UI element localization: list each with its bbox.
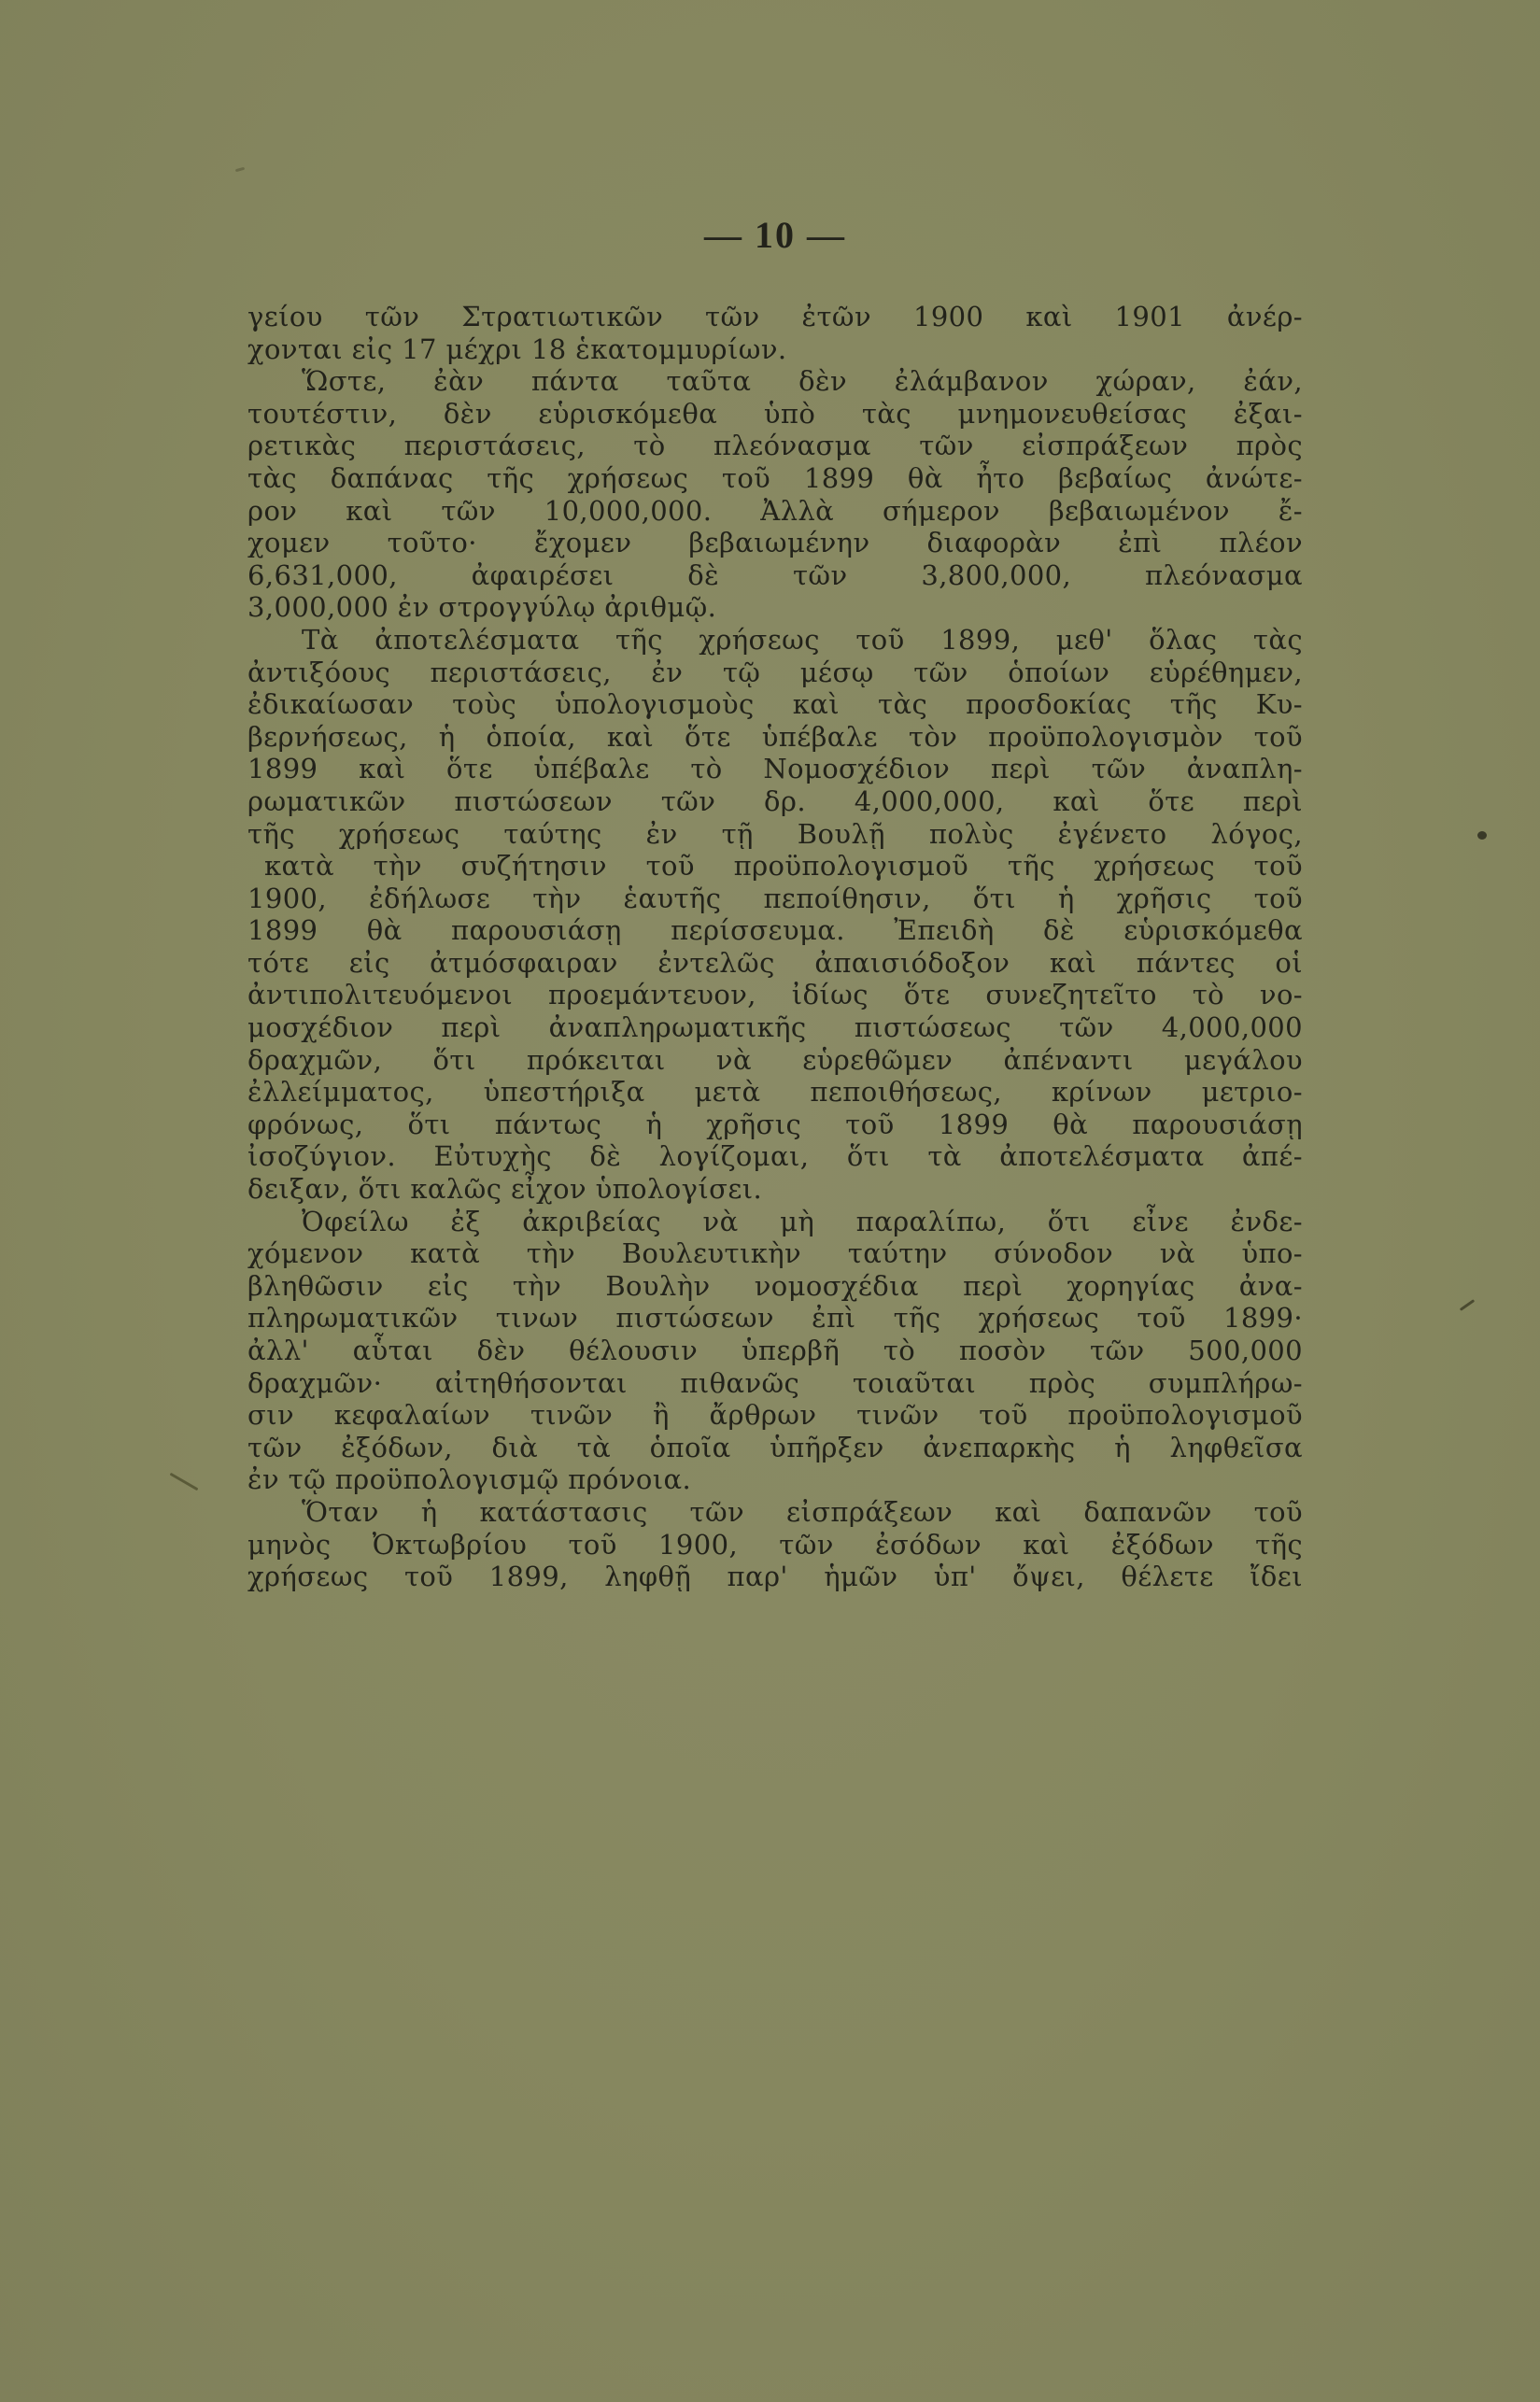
text-line: χονται εἰς 17 μέχρι 18 ἑκατομμυρίων.: [247, 333, 1303, 366]
text-line: μηνὸς Ὀκτωβρίου τοῦ 1900, τῶν ἐσόδων καὶ…: [247, 1529, 1303, 1561]
text-line: Ὀφείλω ἐξ ἀκριβείας νὰ μὴ παραλίπω, ὅτι …: [247, 1206, 1303, 1238]
text-line: πληρωματικῶν τινων πιστώσεων ἐπὶ τῆς χρή…: [247, 1302, 1303, 1335]
text-line: φρόνως, ὅτι πάντως ἡ χρῆσις τοῦ 1899 θὰ …: [247, 1109, 1303, 1141]
text-line: ρωματικῶν πιστώσεων τῶν δρ. 4,000,000, κ…: [247, 785, 1303, 818]
text-line: ἀντιξόους περιστάσεις, ἐν τῷ μέσῳ τῶν ὁπ…: [247, 657, 1303, 689]
paper-mark: [1460, 1299, 1475, 1311]
text-line: τὰς δαπάνας τῆς χρήσεως τοῦ 1899 θὰ ἦτο …: [247, 462, 1303, 495]
body-text: γείου τῶν Στρατιωτικῶν τῶν ἐτῶν 1900 καὶ…: [247, 301, 1303, 1593]
text-line: Τὰ ἀποτελέσματα τῆς χρήσεως τοῦ 1899, με…: [247, 624, 1303, 657]
text-line: βληθῶσιν εἰς τὴν Βουλὴν νομοσχέδια περὶ …: [247, 1270, 1303, 1303]
text-line: τῆς χρήσεως ταύτης ἐν τῇ Βουλῇ πολὺς ἐγέ…: [247, 818, 1303, 851]
paper-mark: [170, 1473, 199, 1491]
page-number: — 10 —: [247, 213, 1303, 257]
text-line: χόμενον κατὰ τὴν Βουλευτικὴν ταύτην σύνο…: [247, 1237, 1303, 1270]
text-line: σιν κεφαλαίων τινῶν ἢ ἄρθρων τινῶν τοῦ π…: [247, 1399, 1303, 1432]
text-line: 1899 καὶ ὅτε ὑπέβαλε τὸ Νομοσχέδιον περὶ…: [247, 753, 1303, 785]
text-line: 1900, ἐδήλωσε τὴν ἑαυτῆς πεποίθησιν, ὅτι…: [247, 883, 1303, 915]
text-line: 3,000,000 ἐν στρογγύλῳ ἀριθμῷ.: [247, 591, 1303, 624]
text-line: κατὰ τὴν συζήτησιν τοῦ προϋπολογισμοῦ τῆ…: [247, 850, 1303, 883]
text-line: 6,631,000, ἀφαιρέσει δὲ τῶν 3,800,000, π…: [247, 559, 1303, 592]
text-line: τότε εἰς ἀτμόσφαιραν ἐντελῶς ἀπαισιόδοξο…: [247, 947, 1303, 980]
text-line: ρετικὰς περιστάσεις, τὸ πλεόνασμα τῶν εἰ…: [247, 430, 1303, 462]
text-line: 1899 θὰ παρουσιάσῃ περίσσευμα. Ἐπειδὴ δὲ…: [247, 914, 1303, 947]
text-line: ἐδικαίωσαν τοὺς ὑπολογισμοὺς καὶ τὰς προ…: [247, 688, 1303, 721]
text-line: τουτέστιν, δὲν εὑρισκόμεθα ὑπὸ τὰς μνημο…: [247, 398, 1303, 431]
paper-speck: [1477, 831, 1487, 840]
text-line: Ὅταν ἡ κατάστασις τῶν εἰσπράξεων καὶ δαπ…: [247, 1496, 1303, 1529]
paper-mark: [235, 167, 245, 172]
text-line: μοσχέδιον περὶ ἀναπληρωματικῆς πιστώσεως…: [247, 1011, 1303, 1044]
text-line: γείου τῶν Στρατιωτικῶν τῶν ἐτῶν 1900 καὶ…: [247, 301, 1303, 333]
text-line: ἀλλ' αὗται δὲν θέλουσιν ὑπερβῆ τὸ ποσὸν …: [247, 1335, 1303, 1367]
text-line: ἰσοζύγιον. Εὐτυχὴς δὲ λογίζομαι, ὅτι τὰ …: [247, 1140, 1303, 1173]
text-line: ἐλλείμματος, ὑπεστήριξα μετὰ πεποιθήσεως…: [247, 1076, 1303, 1109]
text-line: ἐν τῷ προϋπολογισμῷ πρόνοια.: [247, 1463, 1303, 1496]
text-line: τῶν ἐξόδων, διὰ τὰ ὁποῖα ὑπῆρξεν ἀνεπαρκ…: [247, 1432, 1303, 1464]
text-line: χρήσεως τοῦ 1899, ληφθῇ παρ' ἡμῶν ὑπ' ὄψ…: [247, 1561, 1303, 1593]
text-line: δραχμῶν· αἰτηθήσονται πιθανῶς τοιαῦται π…: [247, 1367, 1303, 1400]
text-line: ρον καὶ τῶν 10,000,000. Ἀλλὰ σήμερον βεβ…: [247, 495, 1303, 528]
text-line: δειξαν, ὅτι καλῶς εἶχον ὑπολογίσει.: [247, 1173, 1303, 1206]
text-line: βερνήσεως, ἡ ὁποία, καὶ ὅτε ὑπέβαλε τὸν …: [247, 721, 1303, 754]
text-line: ἀντιπολιτευόμενοι προεμάντευον, ἰδίως ὅτ…: [247, 979, 1303, 1011]
text-line: χομεν τοῦτο· ἔχομεν βεβαιωμένην διαφορὰν…: [247, 527, 1303, 559]
text-line: δραχμῶν, ὅτι πρόκειται νὰ εὑρεθῶμεν ἀπέν…: [247, 1044, 1303, 1077]
text-line: Ὥστε, ἐὰν πάντα ταῦτα δὲν ἐλάμβανον χώρα…: [247, 365, 1303, 398]
